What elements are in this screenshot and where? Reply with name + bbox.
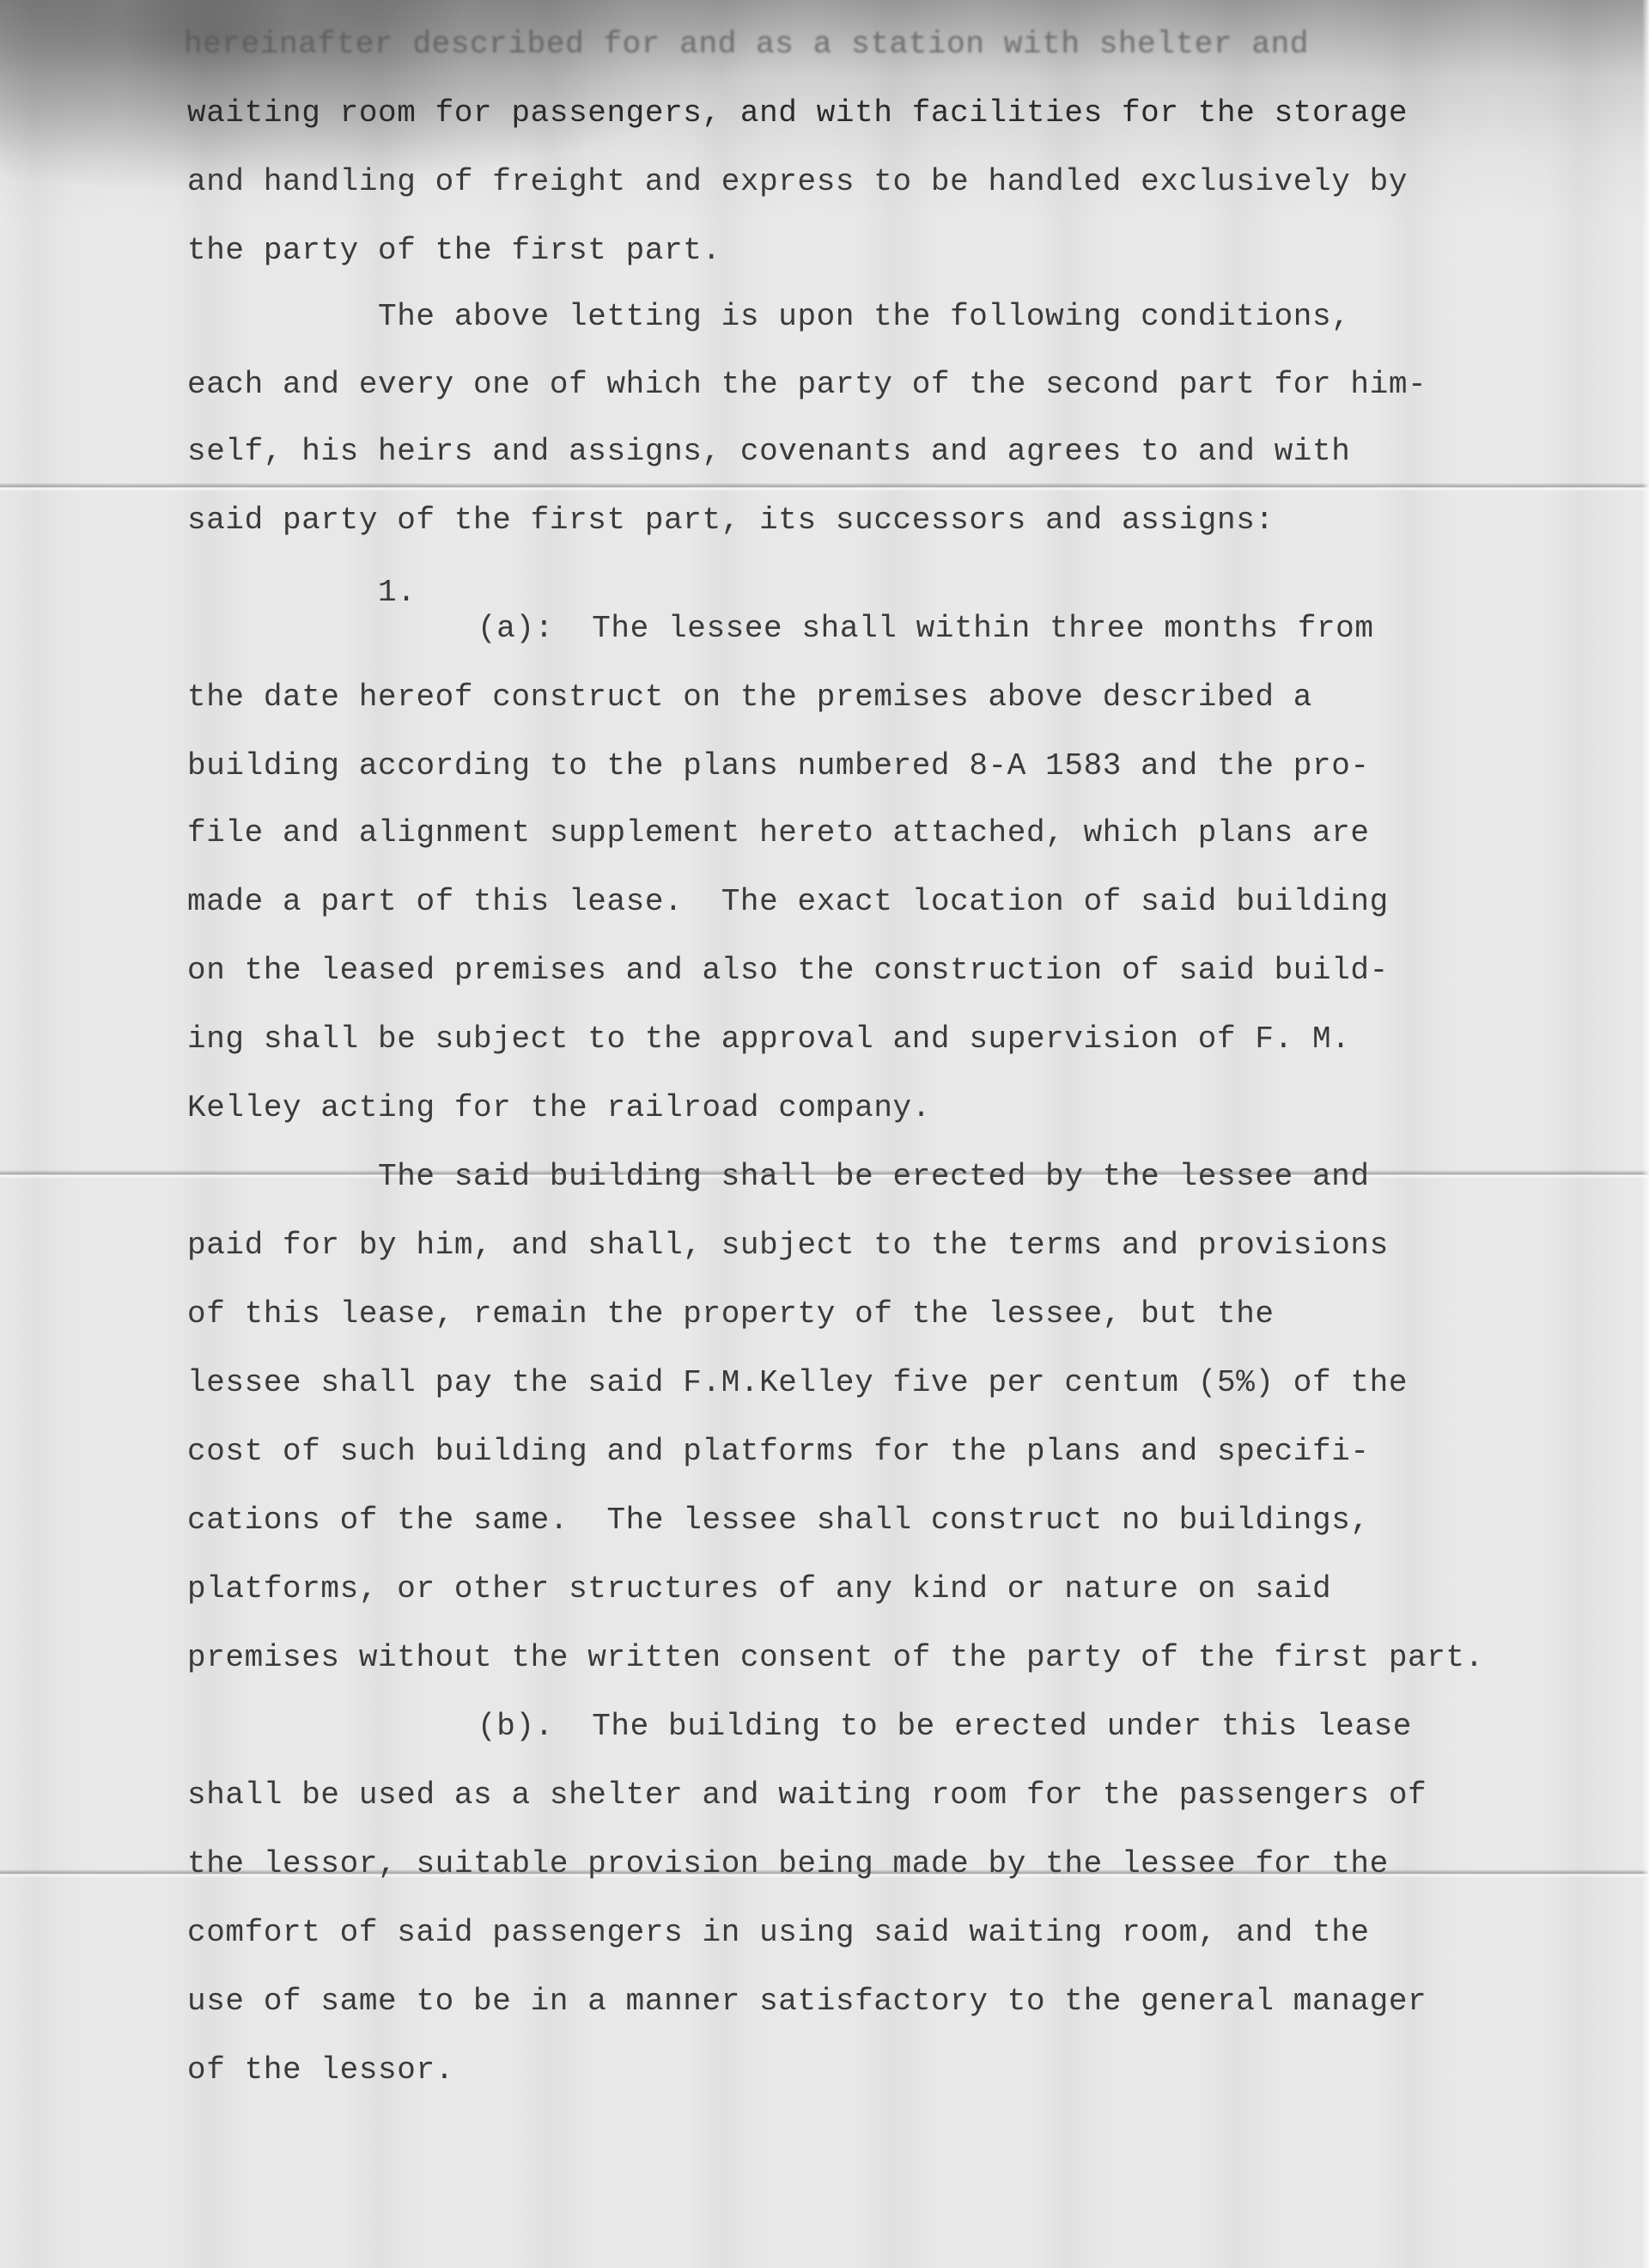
text-line: The said building shall be erected by th… [378, 1158, 1370, 1196]
text-line: cations of the same. The lessee shall co… [187, 1502, 1370, 1539]
text-line: building according to the plans numbered… [187, 747, 1370, 785]
text-line: of this lease, remain the property of th… [187, 1296, 1275, 1333]
text-line: platforms, or other structures of any ki… [187, 1570, 1331, 1608]
text-line: the party of the first part. [187, 232, 721, 270]
text-line: comfort of said passengers in using said… [187, 1914, 1370, 1952]
text-line: made a part of this lease. The exact loc… [187, 883, 1389, 921]
text-line: on the leased premises and also the cons… [187, 952, 1389, 990]
text-line: (a): The lessee shall within three month… [478, 610, 1374, 648]
text-line: and handling of freight and express to b… [187, 163, 1408, 201]
text-line: said party of the first part, its succes… [187, 502, 1275, 540]
text-line: The above letting is upon the following … [378, 298, 1350, 336]
text-line: hereinafter described for and as a stati… [184, 26, 1309, 64]
text-line: (b). The building to be erected under th… [478, 1708, 1412, 1746]
text-line: Kelley acting for the railroad company. [187, 1089, 931, 1127]
text-line: of the lessor. [187, 2052, 454, 2089]
text-line: the date hereof construct on the premise… [187, 679, 1312, 716]
text-line: each and every one of which the party of… [187, 366, 1427, 404]
text-line: cost of such building and platforms for … [187, 1433, 1370, 1471]
text-line: shall be used as a shelter and waiting r… [187, 1777, 1427, 1814]
typewritten-body: hereinafter described for and as a stati… [0, 0, 1649, 2268]
text-line: premises without the written consent of … [187, 1639, 1484, 1677]
text-line: the lessor, suitable provision being mad… [187, 1845, 1389, 1883]
clause-number: 1. [378, 574, 416, 612]
text-line: self, his heirs and assigns, covenants a… [187, 433, 1350, 471]
text-line: lessee shall pay the said F.M.Kelley fiv… [187, 1364, 1408, 1402]
text-line: use of same to be in a manner satisfacto… [187, 1983, 1427, 2021]
text-line: ing shall be subject to the approval and… [187, 1021, 1350, 1058]
text-line: waiting room for passengers, and with fa… [187, 94, 1408, 132]
text-line: file and alignment supplement hereto att… [187, 814, 1370, 852]
paper-page: hereinafter described for and as a stati… [0, 0, 1649, 2268]
text-line: paid for by him, and shall, subject to t… [187, 1227, 1389, 1265]
